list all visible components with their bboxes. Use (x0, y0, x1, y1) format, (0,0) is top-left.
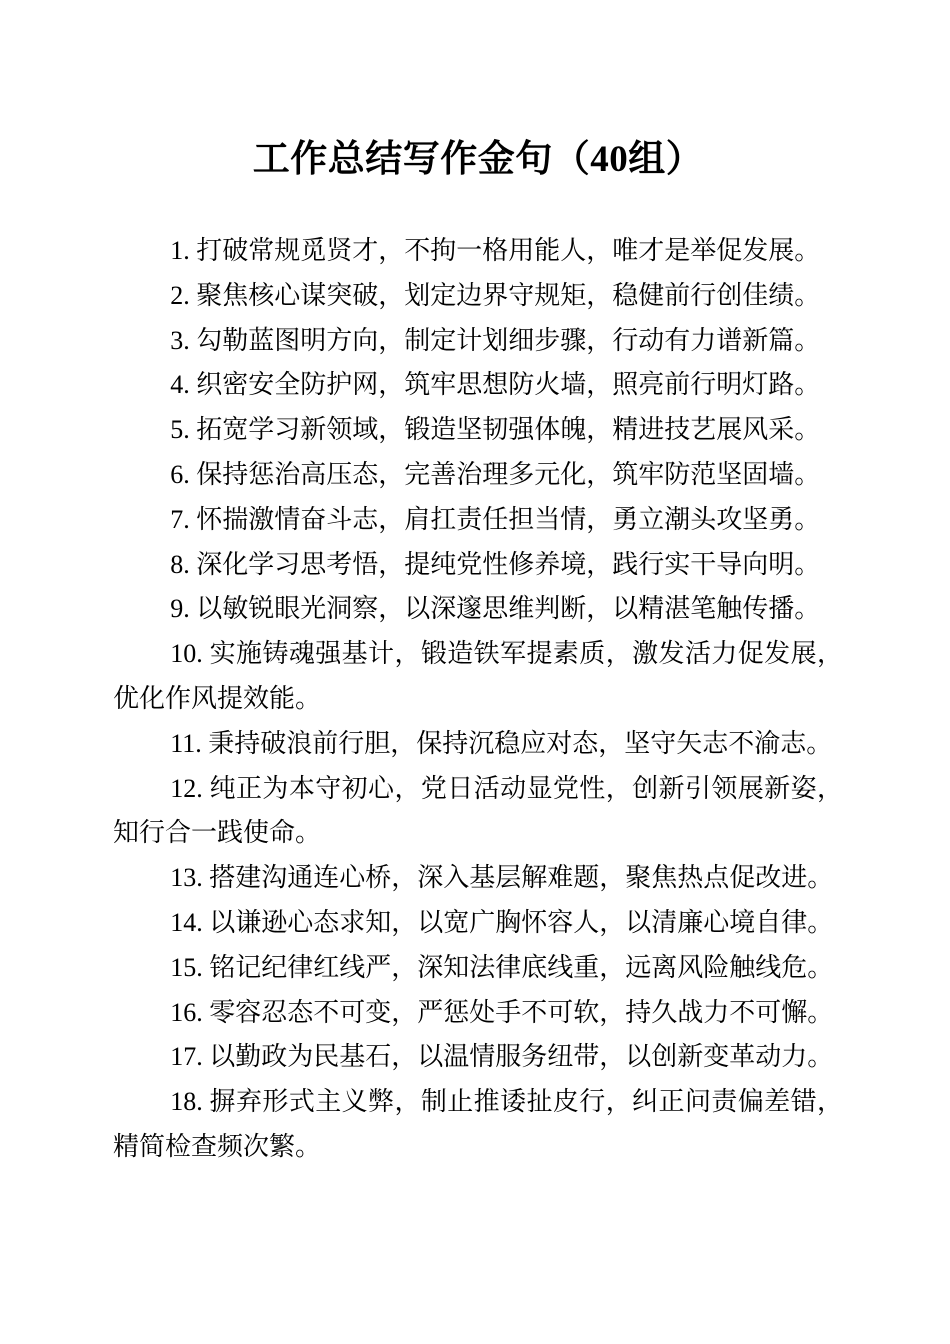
sentence-item-16: 16. 零容忍态不可变，严惩处手不可软，持久战力不可懈。 (113, 991, 843, 1036)
document-page: 工作总结写作金句（40组） 1. 打破常规觅贤才，不拘一格用能人，唯才是举促发展… (0, 0, 950, 1344)
sentence-item-5: 5. 拓宽学习新领域，锻造坚韧强体魄，精进技艺展风采。 (113, 408, 843, 453)
sentence-item-18: 18. 摒弃形式主义弊，制止推诿扯皮行，纠正问责偏差错，精简检查频次繁。 (113, 1080, 843, 1170)
sentence-item-15: 15. 铭记纪律红线严，深知法律底线重，远离风险触线危。 (113, 946, 843, 991)
document-title: 工作总结写作金句（40组） (113, 134, 843, 186)
sentence-item-1: 1. 打破常规觅贤才，不拘一格用能人，唯才是举促发展。 (113, 229, 843, 274)
sentence-item-3: 3. 勾勒蓝图明方向，制定计划细步骤，行动有力谱新篇。 (113, 319, 843, 364)
sentence-item-4: 4. 织密安全防护网，筑牢思想防火墙，照亮前行明灯路。 (113, 363, 843, 408)
sentence-item-7: 7. 怀揣激情奋斗志，肩扛责任担当情，勇立潮头攻坚勇。 (113, 498, 843, 543)
sentence-item-10: 10. 实施铸魂强基计，锻造铁军提素质，激发活力促发展，优化作风提效能。 (113, 632, 843, 722)
sentence-item-14: 14. 以谦逊心态求知，以宽广胸怀容人，以清廉心境自律。 (113, 901, 843, 946)
sentence-item-12: 12. 纯正为本守初心，党日活动显党性，创新引领展新姿，知行合一践使命。 (113, 767, 843, 857)
document-body: 1. 打破常规觅贤才，不拘一格用能人，唯才是举促发展。 2. 聚焦核心谋突破，划… (113, 229, 843, 1170)
sentence-item-8: 8. 深化学习思考悟，提纯党性修养境，践行实干导向明。 (113, 543, 843, 588)
sentence-item-6: 6. 保持惩治高压态，完善治理多元化，筑牢防范坚固墙。 (113, 453, 843, 498)
sentence-item-13: 13. 搭建沟通连心桥，深入基层解难题，聚焦热点促改进。 (113, 856, 843, 901)
sentence-item-11: 11. 秉持破浪前行胆，保持沉稳应对态，坚守矢志不渝志。 (113, 722, 843, 767)
sentence-item-9: 9. 以敏锐眼光洞察，以深邃思维判断，以精湛笔触传播。 (113, 587, 843, 632)
sentence-item-17: 17. 以勤政为民基石，以温情服务纽带，以创新变革动力。 (113, 1035, 843, 1080)
sentence-item-2: 2. 聚焦核心谋突破，划定边界守规矩，稳健前行创佳绩。 (113, 274, 843, 319)
